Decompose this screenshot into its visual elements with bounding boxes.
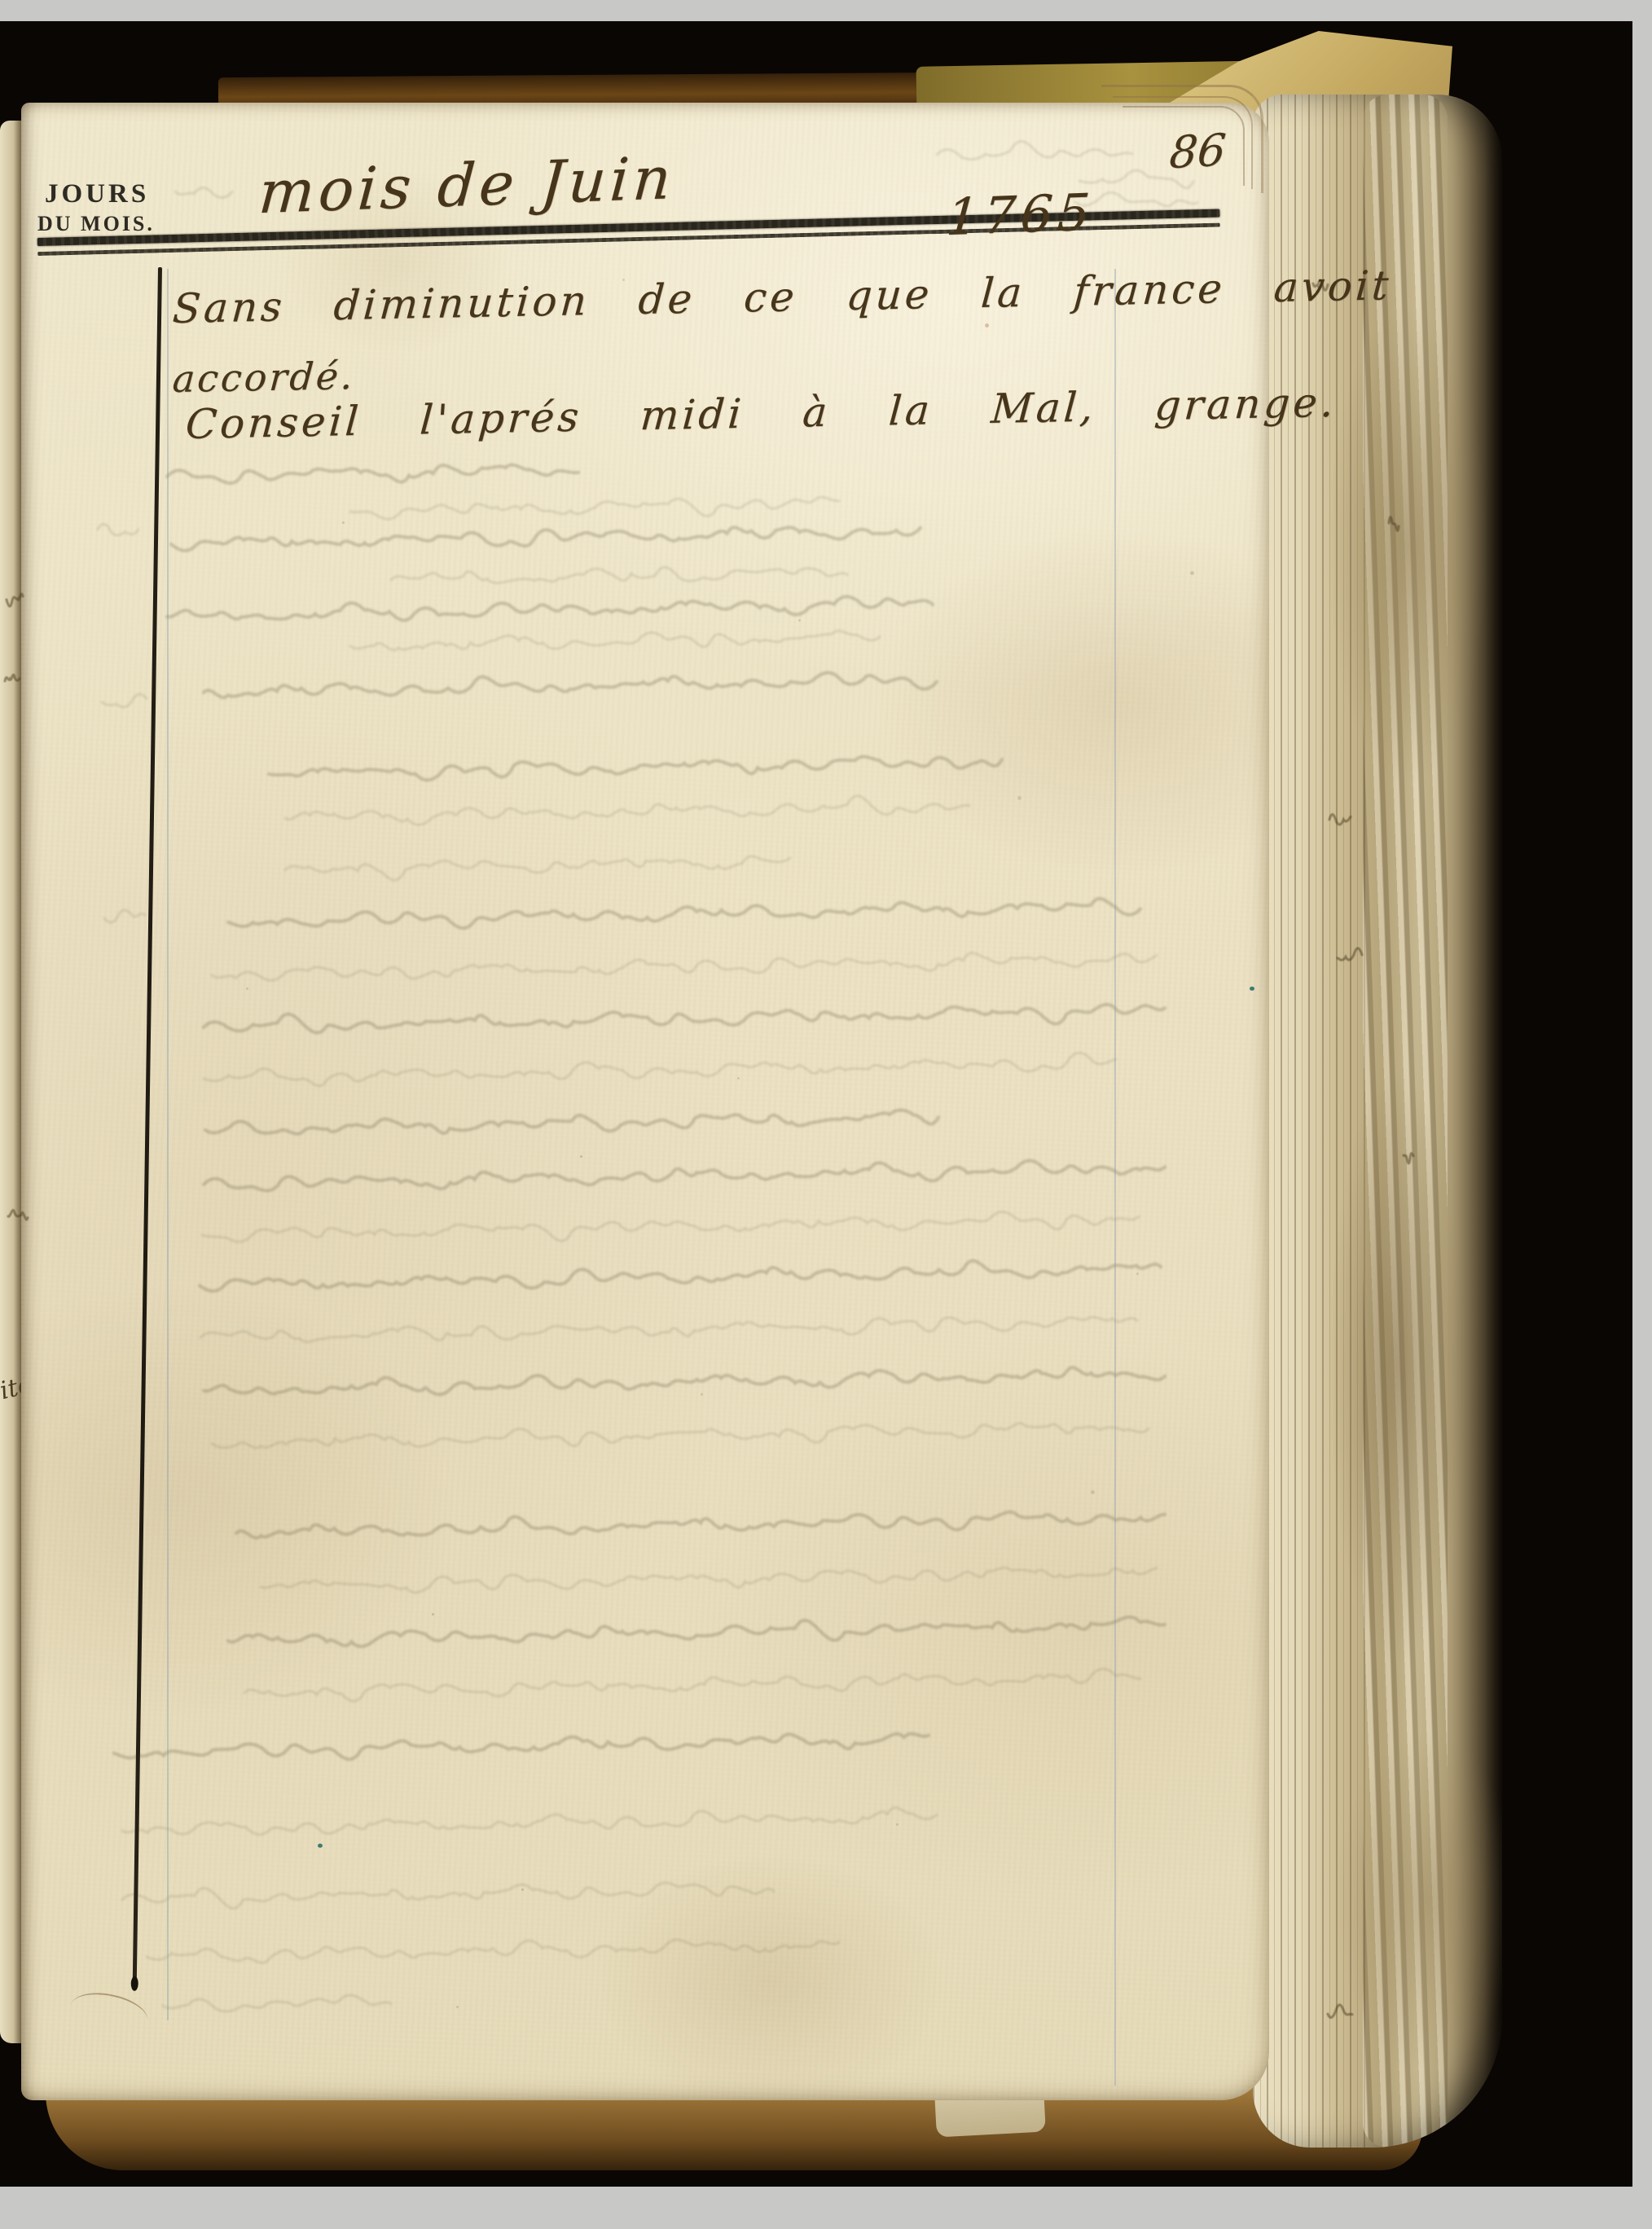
folio-number: 86 [1167, 124, 1228, 178]
scanner-mat-right [1632, 0, 1652, 2229]
scanner-mat-top [0, 0, 1652, 21]
teal-ink-fleck [1250, 987, 1254, 991]
margin-hairline-right [1114, 269, 1116, 2086]
year-number: 1765 [944, 182, 1096, 248]
printed-label-jours: JOURS [45, 179, 149, 209]
tattered-leaf-edges [1363, 95, 1448, 2148]
paper-speckles [580, 1155, 582, 1158]
scanner-mat-bottom [0, 2187, 1652, 2229]
margin-hairline-left [167, 269, 169, 2020]
book-scan-canvas: ito JOURS DU MOIS. mois de Juin 1765 86 … [0, 0, 1652, 2229]
printed-label-du-mois: DU MOIS. [37, 212, 155, 236]
teal-ink-fleck [318, 1844, 323, 1848]
entry-line: accordé. [171, 354, 357, 401]
